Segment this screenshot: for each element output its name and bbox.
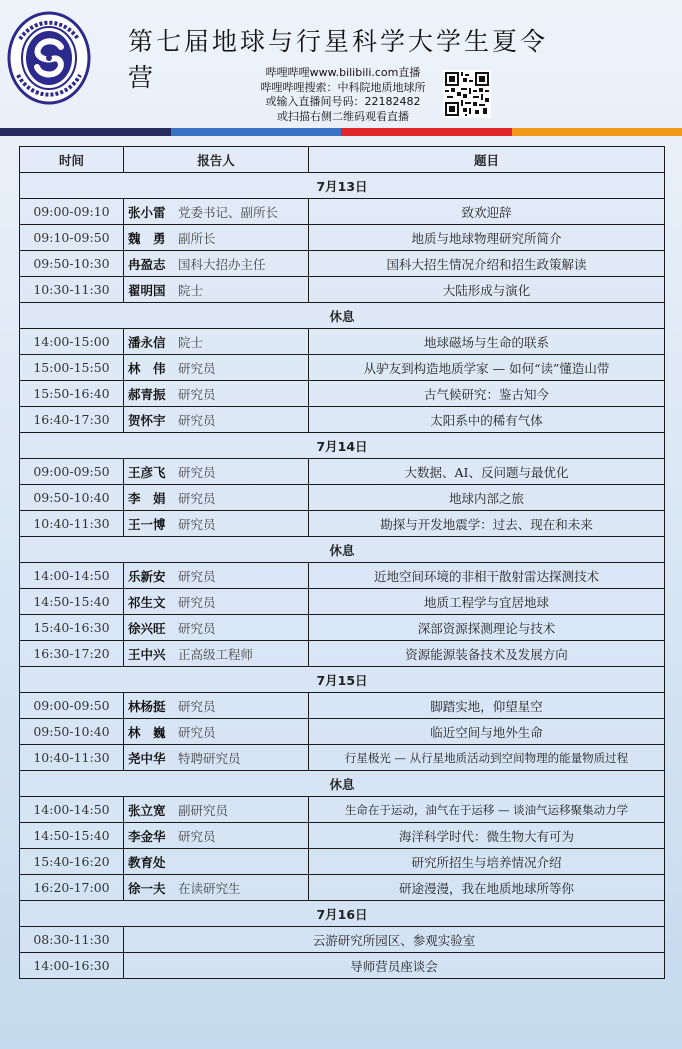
speaker-name: 李金华 (128, 827, 170, 845)
speaker-name: 乐新安 (128, 567, 170, 585)
table-row: 10:40-11:30 王一博研究员 勘探与开发地震学：过去、现在和未来 (20, 511, 665, 537)
live-line-4: 或扫描右侧二维码观看直播 (248, 110, 438, 125)
column-header-topic: 题目 (309, 147, 665, 173)
table-row: 14:00-15:00 潘永信院士 地球磁场与生命的联系 (20, 329, 665, 355)
table-row: 09:00-09:50 王彦飞研究员 大数据、AI、反问题与最优化 (20, 459, 665, 485)
speaker-name: 郝青振 (128, 385, 170, 403)
speaker-role: 研究员 (178, 361, 216, 376)
date-row: 7月15日 (20, 667, 665, 693)
speaker-name: 尧中华 (128, 749, 170, 767)
column-header-time: 时间 (20, 147, 124, 173)
speaker-role: 院士 (178, 283, 203, 298)
speaker-name: 翟明国 (128, 281, 170, 299)
speaker-role: 研究员 (178, 829, 216, 844)
table-row: 09:50-10:30 冉盈志国科大招办主任 国科大招生情况介绍和招生政策解读 (20, 251, 665, 277)
column-header-speaker: 报告人 (124, 147, 309, 173)
speaker-name: 张小雷 (128, 203, 170, 221)
table-row: 15:40-16:20 教育处 研究所招生与培养情况介绍 (20, 849, 665, 875)
speaker-name: 王一博 (128, 515, 170, 533)
table-row: 16:20-17:00 徐一夫在读研究生 研途漫漫，我在地质地球所等你 (20, 875, 665, 901)
table-row: 14:50-15:40 祁生文研究员 地质工程学与宜居地球 (20, 589, 665, 615)
table-row: 09:00-09:50 林杨挺研究员 脚踏实地，仰望星空 (20, 693, 665, 719)
qr-code-icon[interactable] (443, 70, 491, 118)
date-row: 7月14日 (20, 433, 665, 459)
speaker-name: 教育处 (128, 853, 170, 871)
table-row: 14:50-15:40 李金华研究员 海洋科学时代：微生物大有可为 (20, 823, 665, 849)
speaker-name: 林 伟 (128, 359, 170, 377)
schedule-table: 时间 报告人 题目 7月13日 09:00-09:10 张小雷党委书记、副所长 … (19, 146, 665, 979)
table-row: 10:30-11:30 翟明国院士 大陆形成与演化 (20, 277, 665, 303)
live-line-3: 或输入直播间号码：22182482 (248, 95, 438, 110)
speaker-name: 魏 勇 (128, 229, 170, 247)
table-row: 15:50-16:40 郝青振研究员 古气候研究：鉴古知今 (20, 381, 665, 407)
speaker-name: 祁生文 (128, 593, 170, 611)
speaker-name: 林杨挺 (128, 697, 170, 715)
speaker-name: 王中兴 (128, 645, 170, 663)
speaker-name: 贺怀宇 (128, 411, 170, 429)
speaker-role: 研究员 (178, 491, 216, 506)
speaker-role: 国科大招办主任 (178, 257, 266, 272)
speaker-name: 林 巍 (128, 723, 170, 741)
break-row: 休息 (20, 303, 665, 329)
date-row: 7月16日 (20, 901, 665, 927)
speaker-role: 研究员 (178, 621, 216, 636)
live-stream-info: 哔哩哔哩www.bilibili.com直播 哔哩哔哩搜索：中科院地质地球所 或… (248, 66, 438, 124)
table-row: 08:30-11:30 云游研究所园区、参观实验室 (20, 927, 665, 953)
table-row: 09:10-09:50 魏 勇副所长 地质与地球物理研究所简介 (20, 225, 665, 251)
table-row: 10:40-11:30 尧中华特聘研究员 行星极光 — 从行星地质活动到空间物理… (20, 745, 665, 771)
date-row: 7月13日 (20, 173, 665, 199)
speaker-name: 冉盈志 (128, 255, 170, 273)
speaker-role: 研究员 (178, 725, 216, 740)
table-row: 09:00-09:10 张小雷党委书记、副所长 致欢迎辞 (20, 199, 665, 225)
speaker-role: 研究员 (178, 595, 216, 610)
table-row: 09:50-10:40 李 娟研究员 地球内部之旅 (20, 485, 665, 511)
color-stripe-divider (0, 128, 682, 136)
institute-seal-icon (6, 9, 92, 107)
table-row: 15:00-15:50 林 伟研究员 从驴友到构造地质学家 — 如何“读”懂造山… (20, 355, 665, 381)
speaker-role: 副研究员 (178, 803, 228, 818)
speaker-name: 李 娟 (128, 489, 170, 507)
speaker-name: 徐兴旺 (128, 619, 170, 637)
table-row: 16:30-17:20 王中兴正高级工程师 资源能源装备技术及发展方向 (20, 641, 665, 667)
speaker-name: 徐一夫 (128, 879, 170, 897)
speaker-role: 党委书记、副所长 (178, 205, 278, 220)
speaker-name: 王彦飞 (128, 463, 170, 481)
speaker-role: 研究员 (178, 569, 216, 584)
table-row: 15:40-16:30 徐兴旺研究员 深部资源探测理论与技术 (20, 615, 665, 641)
speaker-role: 研究员 (178, 465, 216, 480)
table-row: 09:50-10:40 林 巍研究员 临近空间与地外生命 (20, 719, 665, 745)
speaker-role: 院士 (178, 335, 203, 350)
speaker-role: 研究员 (178, 387, 216, 402)
speaker-role: 在读研究生 (178, 881, 241, 896)
speaker-name: 张立宽 (128, 801, 170, 819)
break-row: 休息 (20, 771, 665, 797)
speaker-role: 研究员 (178, 699, 216, 714)
table-row: 14:00-14:50 张立宽副研究员 生命在于运动，油气在于运移 — 谈油气运… (20, 797, 665, 823)
table-header-row: 时间 报告人 题目 (20, 147, 665, 173)
speaker-role: 特聘研究员 (178, 751, 241, 766)
table-row: 14:00-16:30 导师营员座谈会 (20, 953, 665, 979)
speaker-name: 潘永信 (128, 333, 170, 351)
speaker-role: 副所长 (178, 231, 216, 246)
table-row: 14:00-14:50 乐新安研究员 近地空间环境的非相干散射雷达探测技术 (20, 563, 665, 589)
break-row: 休息 (20, 537, 665, 563)
speaker-role: 正高级工程师 (178, 647, 253, 662)
live-line-1[interactable]: 哔哩哔哩www.bilibili.com直播 (248, 66, 438, 81)
table-row: 16:40-17:30 贺怀宇研究员 太阳系中的稀有气体 (20, 407, 665, 433)
speaker-role: 研究员 (178, 517, 216, 532)
live-line-2: 哔哩哔哩搜索：中科院地质地球所 (248, 81, 438, 96)
speaker-role: 研究员 (178, 413, 216, 428)
